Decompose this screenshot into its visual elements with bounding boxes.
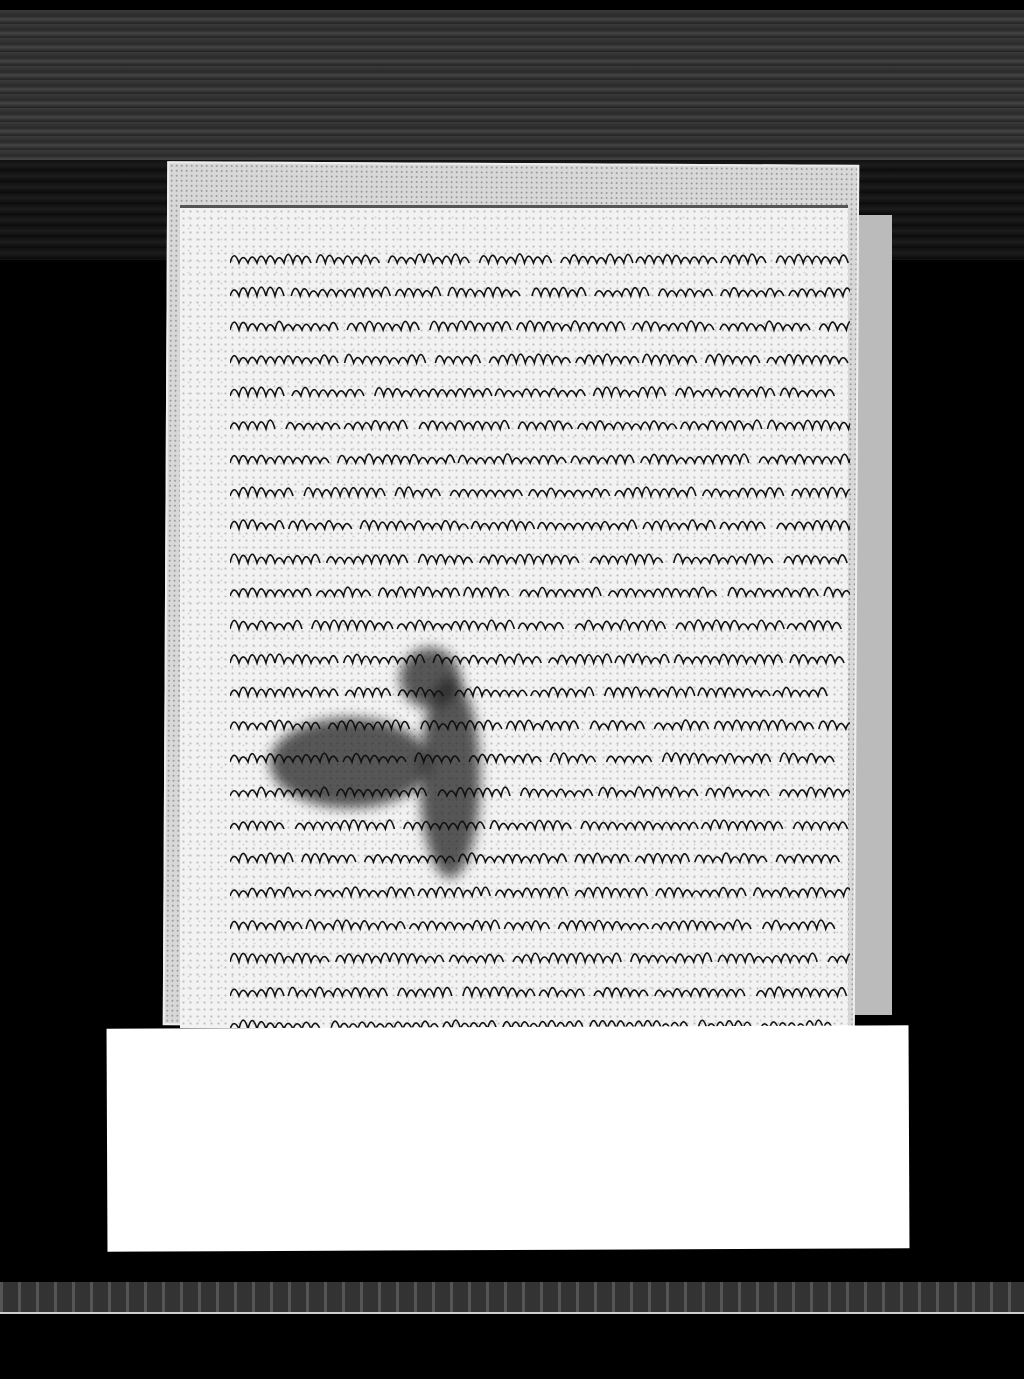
manuscript-line bbox=[230, 742, 850, 775]
manuscript-line bbox=[230, 709, 850, 742]
manuscript-line bbox=[230, 243, 850, 276]
manuscript-line bbox=[230, 376, 850, 409]
manuscript-line bbox=[230, 343, 850, 376]
manuscript-line bbox=[230, 509, 850, 542]
manuscript-page bbox=[180, 205, 848, 1028]
manuscript-text-lines bbox=[230, 243, 850, 1042]
manuscript-line bbox=[230, 976, 850, 1009]
manuscript-line bbox=[230, 543, 850, 576]
manuscript-line bbox=[230, 809, 850, 842]
manuscript-line bbox=[230, 276, 850, 309]
manuscript-line bbox=[230, 476, 850, 509]
manuscript-line bbox=[230, 942, 850, 975]
manuscript-line bbox=[230, 876, 850, 909]
manuscript-line bbox=[230, 443, 850, 476]
manuscript-line bbox=[230, 842, 850, 875]
manuscript-line bbox=[230, 643, 850, 676]
manuscript-line bbox=[230, 776, 850, 809]
manuscript-line bbox=[230, 909, 850, 942]
scanner-film-edge-top bbox=[0, 10, 1024, 160]
manuscript-line bbox=[230, 609, 850, 642]
scanner-film-edge-bottom bbox=[0, 1282, 1024, 1314]
manuscript-line bbox=[230, 409, 850, 442]
blank-label-card bbox=[107, 1025, 910, 1251]
manuscript-line bbox=[230, 310, 850, 343]
manuscript-line bbox=[230, 676, 850, 709]
manuscript-line bbox=[230, 576, 850, 609]
